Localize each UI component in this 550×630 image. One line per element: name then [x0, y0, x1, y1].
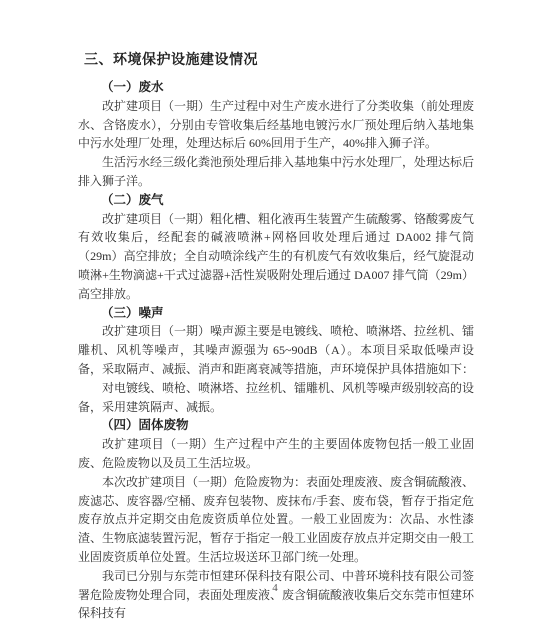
paragraph: 对电镀线、喷枪、喷淋塔、拉丝机、镭雕机、风机等噪声级别较高的设备，采用建筑隔声、… — [78, 379, 474, 417]
document-content: 三、环境保护设施建设情况 （一）废水 改扩建项目（一期）生产过程中对生产废水进行… — [78, 50, 474, 623]
section-heading-solid-waste: （四）固体废物 — [78, 416, 474, 435]
section-heading-wastewater: （一）废水 — [78, 78, 474, 97]
section-heading-waste-gas: （二）废气 — [78, 191, 474, 210]
paragraph: 本次改扩建项目（一期）危险废物为：表面处理废液、废含铜硫酸液、废滤芯、废容器/空… — [78, 473, 474, 567]
paragraph: 改扩建项目（一期）生产过程中产生的主要固体废物包括一般工业固废、危险废物以及员工… — [78, 435, 474, 473]
paragraph: 改扩建项目（一期）噪声源主要是电镀线、喷枪、喷淋塔、拉丝机、镭雕机、风机等噪声，… — [78, 322, 474, 378]
section-waste-gas: （二）废气 改扩建项目（一期）粗化槽、粗化液再生装置产生硫酸雾、铬酸雾废气有效收… — [78, 191, 474, 304]
section-heading-noise: （三）噪声 — [78, 304, 474, 323]
document-page: 三、环境保护设施建设情况 （一）废水 改扩建项目（一期）生产过程中对生产废水进行… — [0, 0, 550, 630]
page-number: 4 — [0, 582, 550, 594]
section-wastewater: （一）废水 改扩建项目（一期）生产过程中对生产废水进行了分类收集（前处理废水、含… — [78, 78, 474, 191]
paragraph: 改扩建项目（一期）生产过程中对生产废水进行了分类收集（前处理废水、含铬废水），分… — [78, 97, 474, 153]
document-title: 三、环境保护设施建设情况 — [84, 50, 474, 72]
section-noise: （三）噪声 改扩建项目（一期）噪声源主要是电镀线、喷枪、喷淋塔、拉丝机、镭雕机、… — [78, 304, 474, 417]
paragraph: 生活污水经三级化粪池预处理后排入基地集中污水处理厂，处理达标后排入狮子洋。 — [78, 153, 474, 191]
paragraph: 我司已分别与东莞市恒建环保科技有限公司、中普环境科技有限公司签署危险废物处理合同… — [78, 567, 474, 623]
paragraph: 改扩建项目（一期）粗化槽、粗化液再生装置产生硫酸雾、铬酸雾废气有效收集后，经配套… — [78, 210, 474, 304]
